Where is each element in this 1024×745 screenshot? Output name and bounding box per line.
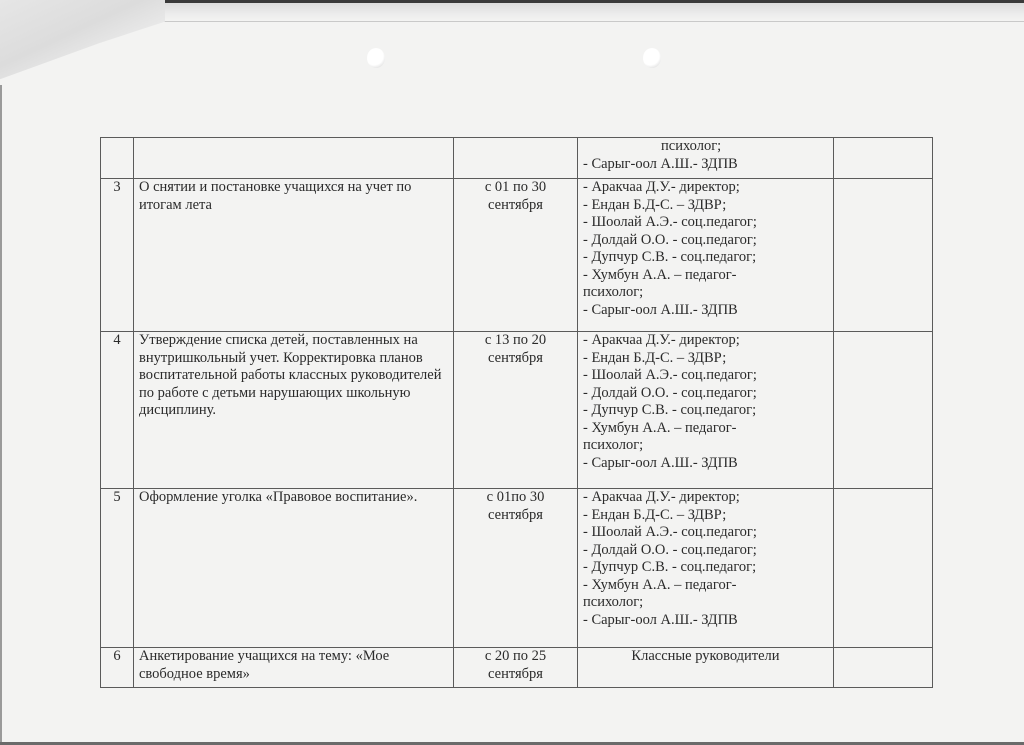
table-row: 3 О снятии и постановке учащихся на учет… [101, 179, 933, 332]
row-number: 4 [101, 332, 134, 489]
responsible-line: - Сарыг-оол А.Ш.- ЗДПВ [583, 302, 828, 320]
note-cell [834, 489, 933, 648]
responsible-line: - Долдай О.О. - соц.педагог; [583, 542, 828, 560]
event-cell [134, 138, 454, 179]
responsible-line: - Хумбун А.А. – педагог- [583, 267, 828, 285]
note-cell [834, 332, 933, 489]
activity-plan-table: психолог; - Сарыг-оол А.Ш.- ЗДПВ 3 О сня… [100, 137, 933, 688]
row-number [101, 138, 134, 179]
responsible-line: психолог; [583, 284, 828, 302]
responsible-line: - Ендан Б.Д-С. – ЗДВР; [583, 350, 828, 368]
responsible-line: - Ендан Б.Д-С. – ЗДВР; [583, 197, 828, 215]
responsible-cell: Классные руководители [578, 648, 834, 688]
responsible-line: - Дупчур С.В. - соц.педагог; [583, 559, 828, 577]
responsible-cell: - Аракчаа Д.У.- директор; - Ендан Б.Д-С.… [578, 489, 834, 648]
note-cell [834, 648, 933, 688]
date-cell: с 20 по 25 сентября [454, 648, 578, 688]
responsible-line: - Долдай О.О. - соц.педагог; [583, 232, 828, 250]
date-cell: с 01 по 30 сентября [454, 179, 578, 332]
responsible-line: - Шоолай А.Э.- соц.педагог; [583, 524, 828, 542]
event-cell: О снятии и постановке учащихся на учет п… [134, 179, 454, 332]
responsible-line: - Сарыг-оол А.Ш.- ЗДПВ [583, 455, 828, 473]
responsible-cell: психолог; - Сарыг-оол А.Ш.- ЗДПВ [578, 138, 834, 179]
note-cell [834, 138, 933, 179]
responsible-line: - Ендан Б.Д-С. – ЗДВР; [583, 507, 828, 525]
responsible-line: - Дупчур С.В. - соц.педагог; [583, 249, 828, 267]
punch-hole-icon [643, 48, 661, 68]
responsible-line: психолог; [583, 437, 828, 455]
folded-page-corner [0, 0, 165, 90]
punch-hole-icon [367, 48, 385, 68]
responsible-line: психолог; [583, 594, 828, 612]
responsible-line: - Сарыг-оол А.Ш.- ЗДПВ [583, 156, 828, 174]
responsible-line: - Хумбун А.А. – педагог- [583, 420, 828, 438]
responsible-line: - Хумбун А.А. – педагог- [583, 577, 828, 595]
note-cell [834, 179, 933, 332]
responsible-line: - Аракчаа Д.У.- директор; [583, 489, 828, 507]
event-cell: Анкетирование учащихся на тему: «Мое сво… [134, 648, 454, 688]
row-number: 6 [101, 648, 134, 688]
date-cell: с 13 по 20 сентября [454, 332, 578, 489]
responsible-line: Классные руководители [583, 648, 828, 666]
responsible-line: - Шоолай А.Э.- соц.педагог; [583, 367, 828, 385]
table-row: 4 Утверждение списка детей, поставленных… [101, 332, 933, 489]
row-number: 3 [101, 179, 134, 332]
date-cell: с 01по 30 сентября [454, 489, 578, 648]
table-row-continued: психолог; - Сарыг-оол А.Ш.- ЗДПВ [101, 138, 933, 179]
scanner-top-shadow [150, 3, 1024, 22]
responsible-line: - Дупчур С.В. - соц.педагог; [583, 402, 828, 420]
table-row: 5 Оформление уголка «Правовое воспитание… [101, 489, 933, 648]
responsible-line: - Долдай О.О. - соц.педагог; [583, 385, 828, 403]
row-number: 5 [101, 489, 134, 648]
responsible-line: психолог; [583, 138, 828, 156]
responsible-line: - Аракчаа Д.У.- директор; [583, 332, 828, 350]
event-cell: Оформление уголка «Правовое воспитание». [134, 489, 454, 648]
scanner-left-edge [0, 85, 2, 745]
event-cell: Утверждение списка детей, поставленных н… [134, 332, 454, 489]
responsible-line: - Аракчаа Д.У.- директор; [583, 179, 828, 197]
date-cell [454, 138, 578, 179]
responsible-cell: - Аракчаа Д.У.- директор; - Ендан Б.Д-С.… [578, 179, 834, 332]
responsible-cell: - Аракчаа Д.У.- директор; - Ендан Б.Д-С.… [578, 332, 834, 489]
table-row: 6 Анкетирование учащихся на тему: «Мое с… [101, 648, 933, 688]
responsible-line: - Сарыг-оол А.Ш.- ЗДПВ [583, 612, 828, 630]
responsible-line: - Шоолай А.Э.- соц.педагог; [583, 214, 828, 232]
